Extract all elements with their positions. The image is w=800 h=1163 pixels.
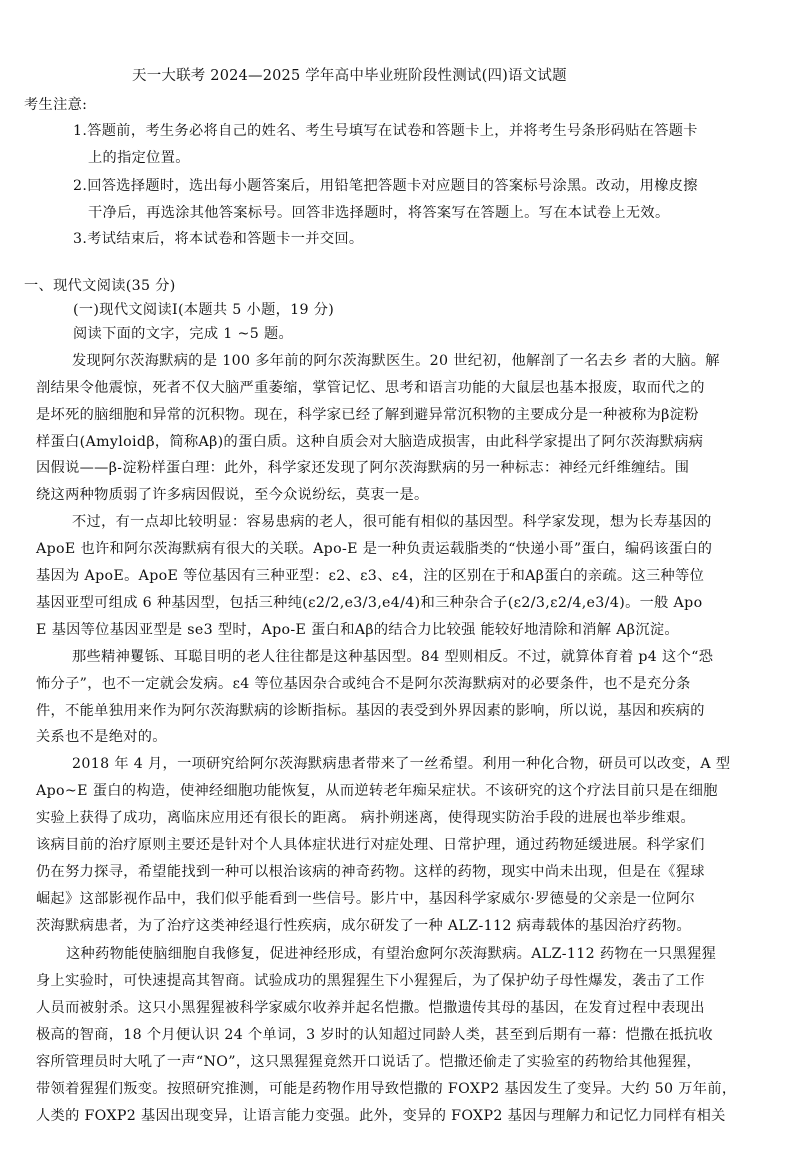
section-subheading: (一)现代文阅读Ⅰ(本题共 5 小题，19 分) <box>73 300 334 320</box>
paragraph-5-line-2: 身上实验时，可快速提高其智商。试验成功的黑猩猩生下小猩猩后，为了保护幼子母性爆发… <box>36 971 705 991</box>
paragraph-2-line-4: 基因亚型可组成 6 种基因型，包括三种纯(ε2/2,e3/3,e4/4)和三种杂… <box>36 593 702 613</box>
section-instruction: 阅读下面的文字，完成 1 ~5 题。 <box>73 324 293 344</box>
paragraph-2-line-3: 基因为 ApoE。ApoE 等位基因有三种亚型：ε2、ε3、ε4，注的区别在于和… <box>36 566 704 586</box>
paragraph-1-line-2: 剖结果令他震惊，死者不仅大脑严重萎缩，掌管记忆、思考和语言功能的大鼠层也基本报废… <box>36 378 705 398</box>
section-heading: 一、现代文阅读(35 分) <box>24 276 176 296</box>
paragraph-5-line-1: 这种药物能使脑细胞自我修复，促进神经形成，有望治愈阿尔茨海默病。ALZ-112 … <box>66 944 716 964</box>
paragraph-2-line-1: 不过，有一点却比较明显：容易患病的老人，很可能有相似的基因型。科学家发现，想为长… <box>72 512 712 532</box>
notice-item-2: 2.回答选择题时，选出每小题答案后，用铅笔把答题卡对应题目的答案标号涂黑。改动，… <box>73 176 698 196</box>
paragraph-5-line-4: 极高的智商，18 个月便认识 24 个单词，3 岁时的认知超过同龄人类，甚至到后… <box>36 1025 713 1045</box>
paragraph-5-line-5: 容所管理员时大吼了一声“NO”，这只黑猩猩竟然开口说话了。恺撒还偷走了实验室的药… <box>36 1052 701 1072</box>
paragraph-4-line-2: Apo~E 蛋白的构造，使神经细胞功能恢复，从而逆转老年痴呆症状。不该研究的这个… <box>36 781 718 801</box>
paragraph-4-line-6: 崛起》这部影视作品中，我们似乎能看到一些信号。影片中，基因科学家威尔·罗德曼的父… <box>36 889 695 909</box>
paragraph-3-line-1: 那些精神矍铄、耳聪目明的老人往往都是这种基因型。84 型则相反。不过，就算体育着… <box>72 647 713 667</box>
notice-item-3: 3.考试结束后，将本试卷和答题卡一并交回。 <box>73 229 363 249</box>
paragraph-4-line-5: 仍在努力探寻，希望能找到一种可以根治该病的神奇药物。这样的药物，现实中尚未出现，… <box>36 862 705 882</box>
paragraph-1-line-3: 是坏死的脑细胞和异常的沉积物。现在，科学家已经了解到避异常沉积物的主要成分是一种… <box>36 405 699 425</box>
document-title: 天一大联考 2024—2025 学年高中毕业班阶段性测试(四)语文试题 <box>132 66 567 86</box>
paragraph-5-line-3: 人员而被射杀。这只小黑猩猩被科学家威尔收养并起名恺撒。恺撒遗传其母的基因，在发育… <box>36 998 705 1018</box>
paragraph-4-line-3: 实验上获得了成功，离临床应用还有很长的距离。 病扑朔迷离，使得现实防治手段的进展… <box>36 808 695 828</box>
paragraph-3-line-2: 怖分子”，也不一定就会发病。ε4 等位基因杂合或纯合不是阿尔茨海默病对的必要条件… <box>36 674 691 694</box>
paragraph-4-line-7: 茨海默病患者，为了治疗这类神经退行性疾病，成尔研发了一种 ALZ-112 病毒载… <box>36 916 691 936</box>
paragraph-1-line-1: 发现阿尔茨海默病的是 100 多年前的阿尔茨海默医生。20 世纪初，他解剖了一名… <box>72 351 720 371</box>
paragraph-3-line-4: 关系也不是绝对的。 <box>36 727 167 747</box>
notice-item-1-cont: 上的指定位置。 <box>88 148 190 168</box>
notice-item-1: 1.答题前，考生务必将自己的姓名、考生号填写在试卷和答题卡上，并将考生号条形码贴… <box>73 121 698 141</box>
paragraph-5-line-6: 带领着猩猩们叛变。按照研究推测，可能是药物作用导致恺撒的 FOXP2 基因发生了… <box>36 1079 736 1099</box>
notice-heading: 考生注意: <box>24 95 87 115</box>
paragraph-2-line-5: E 基因等位基因亚型是 se3 型时，Apo-E 蛋白和Aβ的结合力比较强 能较… <box>36 620 679 640</box>
paragraph-4-line-1: 2018 年 4 月，一项研究给阿尔茨海默病患者带来了一丝希望。利用一种化合物，… <box>72 754 730 774</box>
paragraph-1-line-6: 绕这两种物质弱了许多病因假说，至今众说纷纭，莫衷一是。 <box>36 485 429 505</box>
paragraph-1-line-4: 样蛋白(Amyloidβ，简称Aβ)的蛋白质。这种自质会对大脑造成损害，由此科学… <box>36 432 703 452</box>
paragraph-1-line-5: 因假说——β-淀粉样蛋白理：此外，科学家还发现了阿尔茨海默病的另一种标志：神经元… <box>36 458 689 478</box>
paragraph-3-line-3: 件，不能单独用来作为阿尔茨海默病的诊断指标。基因的表受到外界因素的影响，所以说，… <box>36 701 705 721</box>
paragraph-4-line-4: 该病目前的治疗原则主要还是针对个人具体症状进行对症处理、日常护理，通过药物延缓进… <box>36 835 705 855</box>
paragraph-2-line-2: ApoE 也许和阿尔茨海默病有很大的关联。Apo-E 是一种负责运载脂类的“快递… <box>36 539 712 559</box>
notice-item-2-cont: 干净后，再选涂其他答案标号。回答非选择题时，将答案写在答题上。写在本试卷上无效。 <box>88 203 670 223</box>
exam-page: 天一大联考 2024—2025 学年高中毕业班阶段性测试(四)语文试题 考生注意… <box>0 0 800 1163</box>
paragraph-5-line-7: 人类的 FOXP2 基因出现变异，让语言能力变强。此外，变异的 FOXP2 基因… <box>36 1106 726 1126</box>
